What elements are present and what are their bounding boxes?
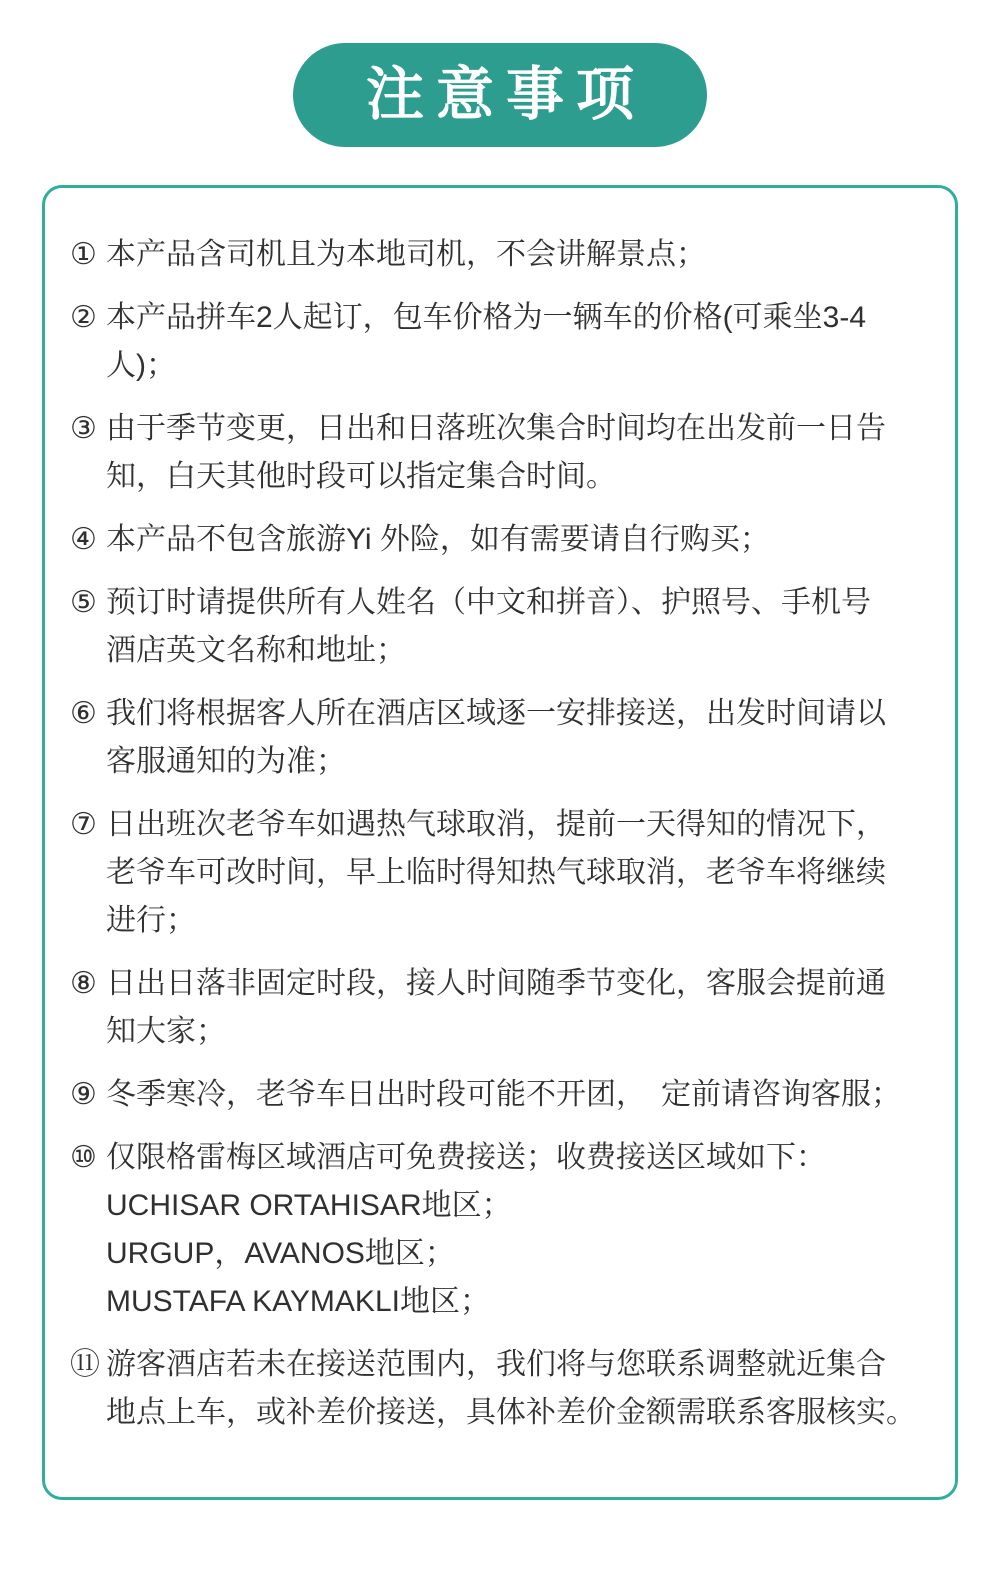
note-item: ⑧ 日出日落非固定时段，接人时间随季节变化，客服会提前通 知大家； [70, 960, 931, 1056]
note-text: 我们将根据客人所在酒店区域逐一安排接送，出发时间请以 客服通知的为准； [106, 690, 931, 786]
note-text: 仅限格雷梅区域酒店可免费接送；收费接送区域如下： UCHISAR ORTAHIS… [106, 1134, 931, 1326]
note-item: ⑩ 仅限格雷梅区域酒店可免费接送；收费接送区域如下： UCHISAR ORTAH… [70, 1134, 931, 1326]
notice-page: 注意事项 ① 本产品含司机且为本地司机，不会讲解景点； ② 本产品拼车2人起订，… [0, 0, 1000, 1588]
notes-list: ① 本产品含司机且为本地司机，不会讲解景点； ② 本产品拼车2人起订，包车价格为… [70, 231, 931, 1437]
note-item: ① 本产品含司机且为本地司机，不会讲解景点； [70, 231, 931, 279]
note-number: ① [70, 231, 106, 279]
note-number: ② [70, 294, 106, 342]
note-text: 本产品拼车2人起订，包车价格为一辆车的价格(可乘坐3-4人)； [106, 294, 931, 390]
note-number: ⑥ [70, 690, 106, 738]
note-item: ② 本产品拼车2人起订，包车价格为一辆车的价格(可乘坐3-4人)； [70, 294, 931, 390]
note-number: ⑩ [70, 1134, 106, 1182]
note-text: 日出日落非固定时段，接人时间随季节变化，客服会提前通 知大家； [106, 960, 931, 1056]
note-item: ⑪ 游客酒店若未在接送范围内，我们将与您联系调整就近集合 地点上车，或补差价接送… [70, 1341, 931, 1437]
note-number: ⑤ [70, 579, 106, 627]
note-number: ⑨ [70, 1071, 106, 1119]
note-item: ⑤ 预订时请提供所有人姓名（中文和拼音）、护照号、手机号 酒店英文名称和地址； [70, 579, 931, 675]
page-title: 注意事项 [354, 66, 646, 124]
note-text: 预订时请提供所有人姓名（中文和拼音）、护照号、手机号 酒店英文名称和地址； [106, 579, 931, 675]
note-number: ④ [70, 516, 106, 564]
notice-box: ① 本产品含司机且为本地司机，不会讲解景点； ② 本产品拼车2人起订，包车价格为… [42, 185, 958, 1500]
note-item: ④ 本产品不包含旅游Yi 外险，如有需要请自行购买； [70, 516, 931, 564]
note-text: 冬季寒冷，老爷车日出时段可能不开团， 定前请咨询客服； [106, 1071, 931, 1119]
note-text: 由于季节变更，日出和日落班次集合时间均在出发前一日告 知，白天其他时段可以指定集… [106, 405, 931, 501]
note-number: ⑦ [70, 801, 106, 849]
note-number: ⑧ [70, 960, 106, 1008]
title-pill: 注意事项 [293, 43, 707, 147]
note-item: ⑥ 我们将根据客人所在酒店区域逐一安排接送，出发时间请以 客服通知的为准； [70, 690, 931, 786]
note-text: 游客酒店若未在接送范围内，我们将与您联系调整就近集合 地点上车，或补差价接送，具… [106, 1341, 931, 1437]
note-text: 本产品含司机且为本地司机，不会讲解景点； [106, 231, 931, 279]
note-item: ③ 由于季节变更，日出和日落班次集合时间均在出发前一日告 知，白天其他时段可以指… [70, 405, 931, 501]
note-item: ⑨ 冬季寒冷，老爷车日出时段可能不开团， 定前请咨询客服； [70, 1071, 931, 1119]
note-number: ⑪ [70, 1341, 106, 1389]
note-number: ③ [70, 405, 106, 453]
note-text: 日出班次老爷车如遇热气球取消，提前一天得知的情况下， 老爷车可改时间，早上临时得… [106, 801, 931, 945]
note-text: 本产品不包含旅游Yi 外险，如有需要请自行购买； [106, 516, 931, 564]
note-item: ⑦ 日出班次老爷车如遇热气球取消，提前一天得知的情况下， 老爷车可改时间，早上临… [70, 801, 931, 945]
